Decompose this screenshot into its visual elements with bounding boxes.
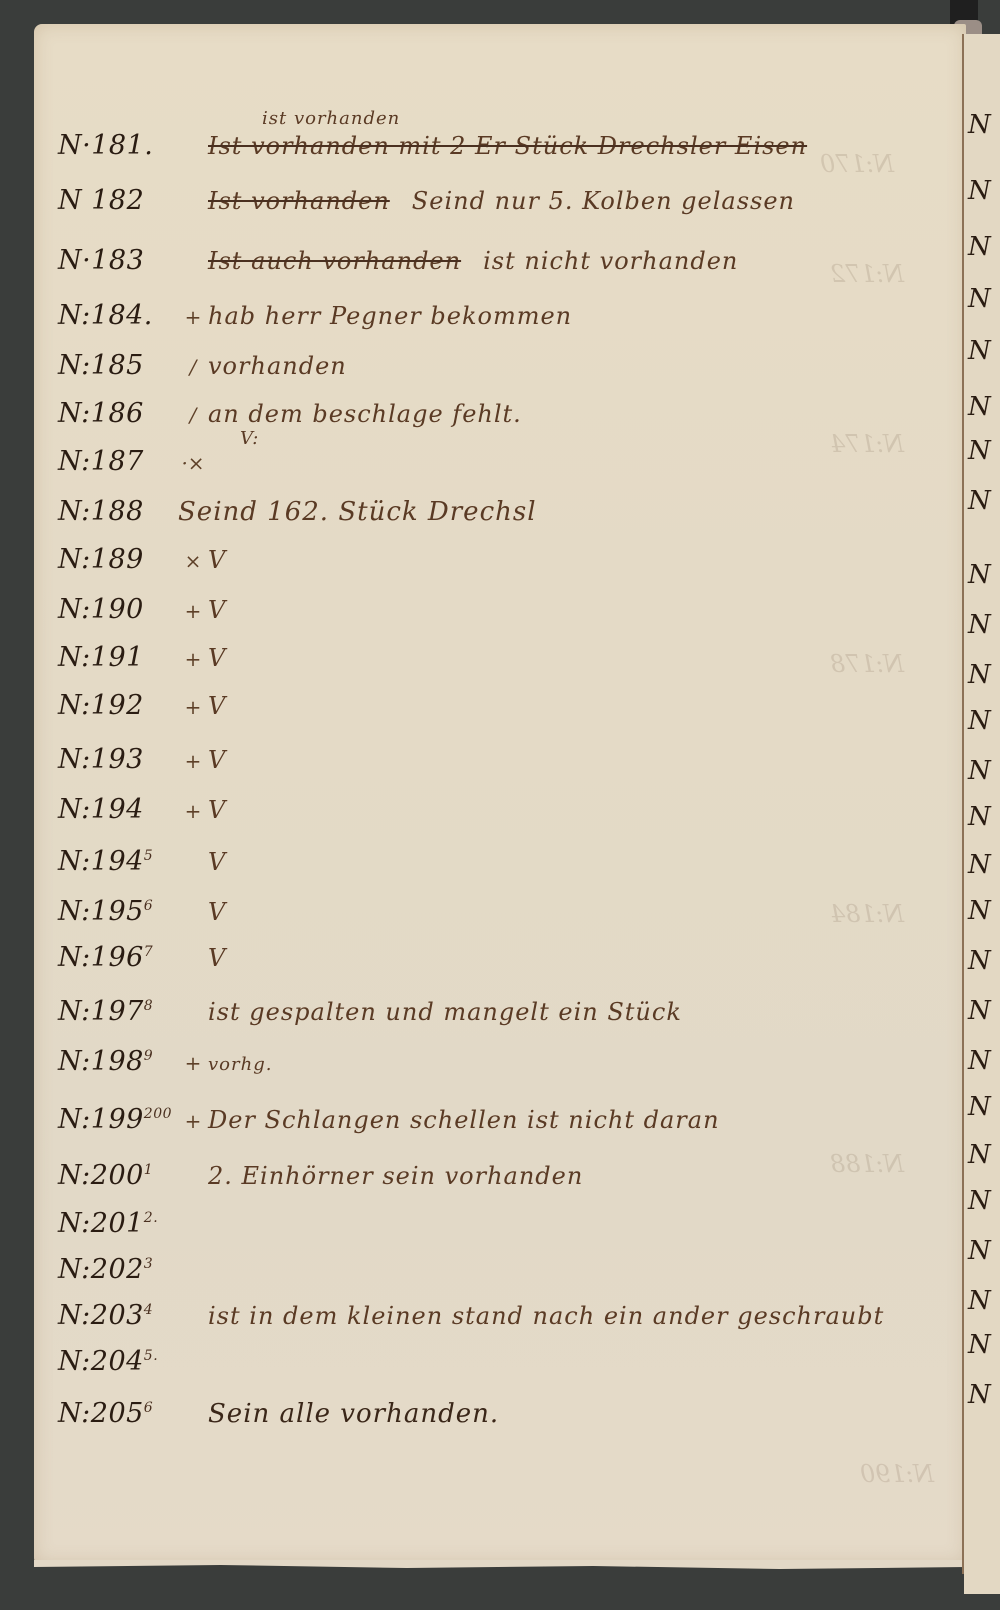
ledger-entry: N:199200 + Der Schlangen schellen ist ni…: [58, 1104, 720, 1148]
facing-page-number-glyph: N: [968, 1092, 991, 1122]
facing-page-number-glyph: N: [968, 560, 991, 590]
ledger-entry: N:187 ·×: [58, 446, 208, 490]
ledger-entry: N·183 Ist auch vorhanden ist nicht vorha…: [58, 245, 738, 289]
check-mark: +: [178, 1051, 208, 1075]
verified-mark: V: [208, 546, 226, 574]
ledger-entry: N:192 + V: [58, 690, 226, 734]
ledger-entry: N:2034 ist in dem kleinen stand nach ein…: [58, 1300, 884, 1344]
ledger-entry: N:2045.: [58, 1346, 178, 1390]
ledger-entry: N:1978 ist gespalten und mangelt ein Stü…: [58, 996, 682, 1040]
ledger-entry: N:185 / vorhanden: [58, 350, 347, 394]
ledger-entry: N·181. Ist vorhanden mit 2 Er Stück Drec…: [58, 130, 807, 174]
verified-mark: V: [208, 644, 226, 672]
entry-text: hab herr Pegner bekommen: [208, 302, 572, 330]
entry-text-deleted: Ist vorhanden mit 2 Er Stück Drechsler E…: [208, 132, 807, 160]
entry-text-deleted: Ist auch vorhanden: [208, 247, 461, 275]
ledger-entry: N:1956 V: [58, 896, 226, 940]
entry-number: N:2012.: [58, 1208, 178, 1239]
bleed-through-text: N:178: [830, 650, 904, 678]
facing-page-number-glyph: N: [968, 336, 991, 366]
facing-page-number-glyph: N: [968, 1236, 991, 1266]
facing-page-number-glyph: N: [968, 660, 991, 690]
entry-text: ist in dem kleinen stand nach ein ander …: [208, 1302, 884, 1330]
facing-page-number-glyph: N: [968, 1286, 991, 1316]
verified-mark: V: [208, 848, 226, 876]
facing-page-number-glyph: N: [968, 392, 991, 422]
check-mark: +: [178, 647, 208, 671]
entry-number: N:186: [58, 398, 178, 429]
ledger-entry: N:188 Seind 162. Stück Drechsl: [58, 496, 537, 540]
entry-text: Sein alle vorhanden.: [208, 1399, 499, 1429]
entry-number: N:192: [58, 690, 178, 721]
ledger-entry: N:191 + V: [58, 642, 226, 686]
interlinear-correction: ist vorhanden: [262, 108, 400, 129]
entry-number: N 182: [58, 185, 178, 216]
entry-number: N:1978: [58, 996, 178, 1027]
entry-number: N:2034: [58, 1300, 178, 1331]
entry-number: N:1956: [58, 896, 178, 927]
facing-page-number-glyph: N: [968, 756, 991, 786]
ledger-entry: N:2023: [58, 1254, 178, 1298]
ledger-entry: N:189 × V: [58, 544, 226, 588]
verified-mark: V: [208, 596, 226, 624]
verified-mark: V: [208, 746, 226, 774]
check-mark: +: [178, 1109, 208, 1133]
entry-text: Seind 162. Stück Drechsl: [178, 497, 537, 527]
entry-number: N:2023: [58, 1254, 178, 1285]
entry-text: ist gespalten und mangelt ein Stück: [208, 998, 682, 1026]
entry-text: ist nicht vorhanden: [483, 247, 738, 275]
bleed-through-text: N:172: [830, 260, 904, 288]
entry-number: N:187: [58, 446, 178, 477]
ledger-entry: N:1989 + vorhg.: [58, 1046, 272, 1090]
verified-mark: V: [208, 796, 226, 824]
entry-number: N:194: [58, 794, 178, 825]
bleed-through-text: N:184: [830, 900, 904, 928]
bleed-through-text: N:174: [830, 430, 904, 458]
entry-number: N:199200: [58, 1104, 178, 1135]
facing-page-number-glyph: N: [968, 706, 991, 736]
facing-page-number-glyph: N: [968, 946, 991, 976]
bleed-through-text: N:170: [820, 150, 894, 178]
ledger-entry: N:2012.: [58, 1208, 178, 1252]
entry-text: Der Schlangen schellen ist nicht daran: [208, 1106, 720, 1134]
entry-number: N:1967: [58, 942, 178, 973]
check-mark: /: [178, 355, 208, 379]
facing-page-number-glyph: N: [968, 176, 991, 206]
entry-number: N:189: [58, 544, 178, 575]
interlinear-mark: V:: [240, 428, 259, 449]
entry-number: N:191: [58, 642, 178, 673]
check-mark: /: [178, 403, 208, 427]
facing-page-number-glyph: N: [968, 284, 991, 314]
bleed-through-text: N:190: [860, 1460, 934, 1488]
entry-number: N:1945: [58, 846, 178, 877]
ledger-entry: N:1945 V: [58, 846, 226, 890]
check-mark: +: [178, 749, 208, 773]
check-mark: +: [178, 599, 208, 623]
facing-page-number-glyph: N: [968, 850, 991, 880]
entry-number: N:184.: [58, 300, 178, 331]
ledger-entry: N:2056 Sein alle vorhanden.: [58, 1398, 499, 1442]
ledger-entry: N:194 + V: [58, 794, 226, 838]
facing-page-number-glyph: N: [968, 1140, 991, 1170]
entry-number: N:2056: [58, 1398, 178, 1429]
facing-page-number-glyph: N: [968, 1046, 991, 1076]
facing-page-number-glyph: N: [968, 436, 991, 466]
ledger-entry: N:190 + V: [58, 594, 226, 638]
entry-text: vorhanden: [208, 352, 347, 380]
entry-text: Seind nur 5. Kolben gelassen: [412, 187, 795, 215]
facing-page-number-glyph: N: [968, 802, 991, 832]
facing-page-number-glyph: N: [968, 996, 991, 1026]
facing-page-number-glyph: N: [968, 110, 991, 140]
facing-page-number-glyph: N: [968, 486, 991, 516]
facing-page-number-glyph: N: [968, 896, 991, 926]
facing-page-number-glyph: N: [968, 1186, 991, 1216]
entry-text: an dem beschlage fehlt.: [208, 400, 522, 428]
check-mark: +: [178, 695, 208, 719]
bleed-through-text: N:188: [830, 1150, 904, 1178]
check-mark: ×: [178, 549, 208, 573]
entry-number: N:1989: [58, 1046, 178, 1077]
entry-text: vorhg.: [208, 1054, 272, 1075]
entry-number: N:2001: [58, 1160, 178, 1191]
entry-number: N:2045.: [58, 1346, 178, 1377]
entry-number: N:193: [58, 744, 178, 775]
entry-number: N:185: [58, 350, 178, 381]
ledger-entry: N:193 + V: [58, 744, 226, 788]
verified-mark: V: [208, 944, 226, 972]
entry-text-deleted: Ist vorhanden: [208, 187, 390, 215]
ledger-entry: N:186 / an dem beschlage fehlt.: [58, 398, 522, 442]
ledger-entry: N 182 Ist vorhanden Seind nur 5. Kolben …: [58, 185, 795, 229]
check-mark: +: [178, 799, 208, 823]
entry-number: N:188: [58, 496, 178, 527]
facing-page-number-glyph: N: [968, 1380, 991, 1410]
entry-number: N·183: [58, 245, 178, 276]
entry-text: 2. Einhörner sein vorhanden: [208, 1162, 583, 1190]
ledger-entry: N:184. + hab herr Pegner bekommen: [58, 300, 572, 344]
ledger-entry: N:2001 2. Einhörner sein vorhanden: [58, 1160, 583, 1204]
entry-number: N·181.: [58, 130, 178, 161]
facing-page-number-glyph: N: [968, 232, 991, 262]
check-mark: ·×: [178, 451, 208, 475]
entry-number: N:190: [58, 594, 178, 625]
ledger-entry: N:1967 V: [58, 942, 226, 986]
facing-page-number-glyph: N: [968, 610, 991, 640]
check-mark: +: [178, 305, 208, 329]
verified-mark: V: [208, 692, 226, 720]
verified-mark: V: [208, 898, 226, 926]
facing-page-number-glyph: N: [968, 1330, 991, 1360]
